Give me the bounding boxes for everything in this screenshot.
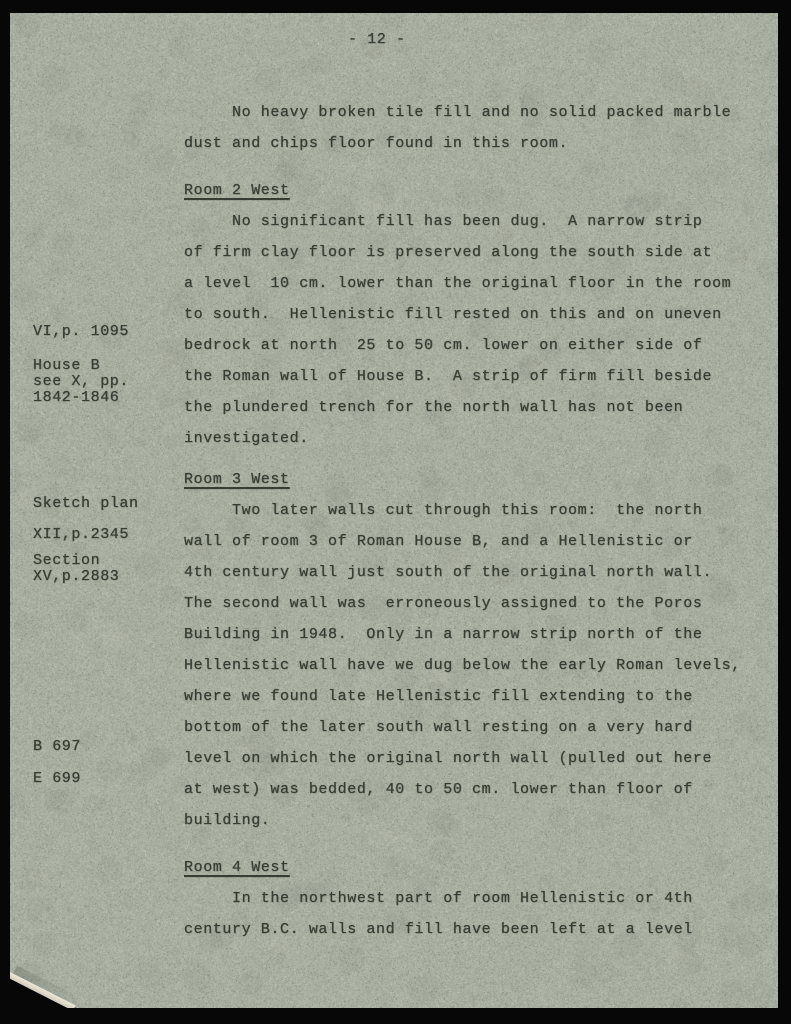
section-heading-room-4-west: Room 4 West	[184, 852, 693, 883]
section-room-3-west: Room 3 West Two later walls cut through …	[184, 464, 741, 836]
margin-note-section-ref: Section XV,p.2883	[33, 553, 119, 585]
section-heading-room-3-west: Room 3 West	[184, 464, 741, 495]
margin-note-house-b-ref: House B see X, pp. 1842-1846	[33, 358, 129, 406]
margin-note-basket-b697: B 697	[33, 739, 81, 755]
scan-background: - 12 - No heavy broken tile fill and no …	[0, 0, 791, 1024]
section-body-room-3-west: Two later walls cut through this room: t…	[184, 495, 741, 836]
page-number: - 12 -	[348, 30, 406, 50]
section-room-4-west: Room 4 West In the northwest part of roo…	[184, 852, 693, 945]
margin-note-notebook-ref: VI,p. 1095	[33, 324, 129, 340]
section-room-2-west: Room 2 West No significant fill has been…	[184, 175, 731, 454]
section-body-room-2-west: No significant fill has been dug. A narr…	[184, 206, 731, 454]
margin-note-sketch-plan: Sketch plan	[33, 496, 139, 512]
intro-paragraph: No heavy broken tile fill and no solid p…	[184, 97, 731, 159]
margin-note-sketch-ref: XII,p.2345	[33, 527, 129, 543]
section-heading-room-2-west: Room 2 West	[184, 175, 731, 206]
margin-note-basket-e699: E 699	[33, 771, 81, 787]
section-body-room-4-west: In the northwest part of room Hellenisti…	[184, 883, 693, 945]
document-page: - 12 - No heavy broken tile fill and no …	[10, 13, 778, 1008]
